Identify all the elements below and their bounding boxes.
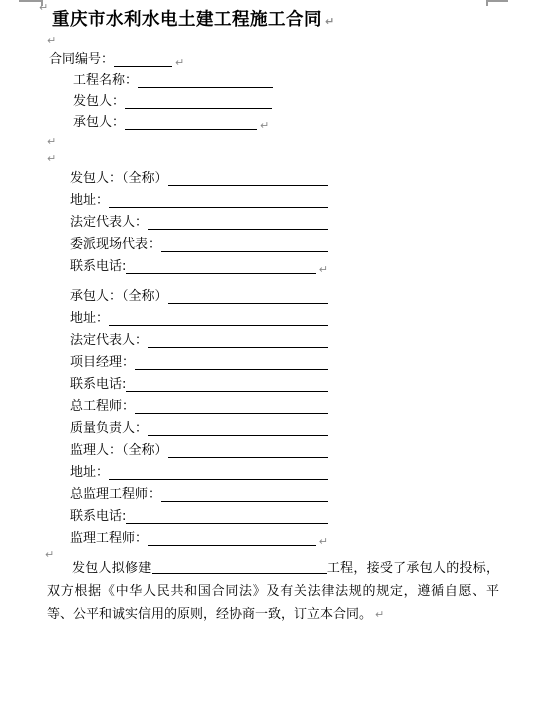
contract-header-fields: 合同编号：↵工程名称：发包人：承包人：↵ xyxy=(47,49,535,133)
field-label: 法定代表人： xyxy=(70,331,148,351)
field-blank-underline[interactable] xyxy=(109,478,328,480)
form-row: 工程名称： xyxy=(73,70,535,91)
field-label: 委派现场代表： xyxy=(70,235,161,255)
field-label: 承包人：（全称） xyxy=(70,287,168,307)
paragraph-mark-icon: ↵ xyxy=(47,34,56,47)
field-blank-underline[interactable] xyxy=(125,107,272,109)
field-blank-underline[interactable] xyxy=(168,302,328,304)
form-row: 总工程师： xyxy=(70,395,328,417)
field-label: 质量负责人： xyxy=(70,419,148,439)
form-row: 联系电话: xyxy=(70,373,328,395)
paragraph-mark-icon: ↵ xyxy=(325,15,335,28)
form-row: 法定代表人： xyxy=(70,211,328,233)
field-label: 工程名称： xyxy=(73,71,138,91)
form-row: 发包人： xyxy=(73,91,535,112)
field-blank-underline[interactable] xyxy=(135,368,328,370)
field-label: 法定代表人： xyxy=(70,213,148,233)
form-row: 法定代表人： xyxy=(70,329,328,351)
field-blank-underline[interactable] xyxy=(125,128,257,130)
field-blank-underline[interactable] xyxy=(148,228,328,230)
field-label: 发包人：（全称） xyxy=(70,169,168,189)
empty-paragraph: ↵ xyxy=(47,549,535,557)
field-blank-underline[interactable] xyxy=(126,272,315,274)
paragraph-mark-icon: ↵ xyxy=(319,536,328,547)
field-blank-underline[interactable] xyxy=(126,390,328,392)
empty-paragraph: ↵ xyxy=(47,32,535,49)
field-label: 发包人： xyxy=(73,92,125,112)
field-blank-underline[interactable] xyxy=(168,456,328,458)
project-name-blank-underline[interactable] xyxy=(152,573,327,574)
form-row: 监理人：（全称） xyxy=(70,439,328,461)
form-row: 项目经理： xyxy=(70,351,328,373)
paragraph-mark-icon: ↵ xyxy=(47,152,56,165)
field-label: 联系电话: xyxy=(70,375,126,395)
field-blank-underline[interactable] xyxy=(126,522,328,524)
paragraph-mark-icon: ↵ xyxy=(375,608,384,621)
form-row: 地址： xyxy=(70,307,328,329)
field-label: 监理工程师： xyxy=(70,529,148,549)
document-title: 重庆市水利水电土建工程施工合同↵ xyxy=(52,8,535,32)
form-row: 合同编号：↵ xyxy=(49,49,535,70)
field-label: 地址： xyxy=(70,309,109,329)
form-row: 联系电话: xyxy=(70,505,328,527)
field-blank-underline[interactable] xyxy=(135,412,328,414)
field-blank-underline[interactable] xyxy=(161,500,328,502)
field-blank-underline[interactable] xyxy=(148,346,328,348)
field-blank-underline[interactable] xyxy=(148,544,316,546)
contract-document-page: ↵ 重庆市水利水电土建工程施工合同↵ ↵ 合同编号：↵工程名称：发包人：承包人：… xyxy=(0,0,535,707)
contract-party-fields: 发包人：（全称）地址：法定代表人：委派现场代表：联系电话:↵承包人：（全称）地址… xyxy=(70,167,535,549)
closing-paragraph: 发包人拟修建工程，接受了承包人的投标，双方根据《中华人民共和国合同法》及有关法律… xyxy=(47,557,499,626)
field-label: 承包人： xyxy=(73,113,125,133)
form-row: 委派现场代表： xyxy=(70,233,328,255)
paragraph-mark-icon: ↵ xyxy=(319,264,328,275)
form-row: 质量负责人： xyxy=(70,417,328,439)
paragraph-mark-icon: ↵ xyxy=(260,120,269,131)
field-blank-underline[interactable] xyxy=(109,324,328,326)
document-title-text: 重庆市水利水电土建工程施工合同 xyxy=(52,10,322,30)
empty-paragraph: ↵ xyxy=(47,150,535,167)
form-row: 地址： xyxy=(70,461,328,483)
empty-paragraph: ↵ xyxy=(47,133,535,150)
field-label: 项目经理： xyxy=(70,353,135,373)
field-label: 总工程师： xyxy=(70,397,135,417)
form-row: 地址： xyxy=(70,189,328,211)
field-blank-underline[interactable] xyxy=(161,250,328,252)
paragraph-mark-icon: ↵ xyxy=(47,135,56,148)
field-label: 监理人：（全称） xyxy=(70,441,168,461)
field-label: 地址： xyxy=(70,191,109,211)
form-row: 监理工程师：↵ xyxy=(70,527,328,549)
field-blank-underline[interactable] xyxy=(148,434,328,436)
page-boundary-mark-top-right xyxy=(486,0,508,6)
field-label: 合同编号： xyxy=(49,50,114,70)
field-label: 地址： xyxy=(70,463,109,483)
field-blank-underline[interactable] xyxy=(168,184,328,186)
form-row: 联系电话:↵ xyxy=(70,255,328,277)
form-row: 承包人：（全称） xyxy=(70,285,328,307)
paragraph-mark-icon: ↵ xyxy=(45,548,54,561)
field-label: 总监理工程师： xyxy=(70,485,161,505)
form-row: 发包人：（全称） xyxy=(70,167,328,189)
form-row: 总监理工程师： xyxy=(70,483,328,505)
field-blank-underline[interactable] xyxy=(109,206,328,208)
field-blank-underline[interactable] xyxy=(138,86,273,88)
form-row: 承包人：↵ xyxy=(73,112,535,133)
closing-lead-text: 发包人拟修建 xyxy=(72,561,152,576)
paragraph-mark-icon: ↵ xyxy=(175,57,184,68)
field-label: 联系电话: xyxy=(70,507,126,527)
field-blank-underline[interactable] xyxy=(114,65,172,67)
paragraph-mark-icon: ↵ xyxy=(39,2,48,13)
field-label: 联系电话: xyxy=(70,257,126,277)
